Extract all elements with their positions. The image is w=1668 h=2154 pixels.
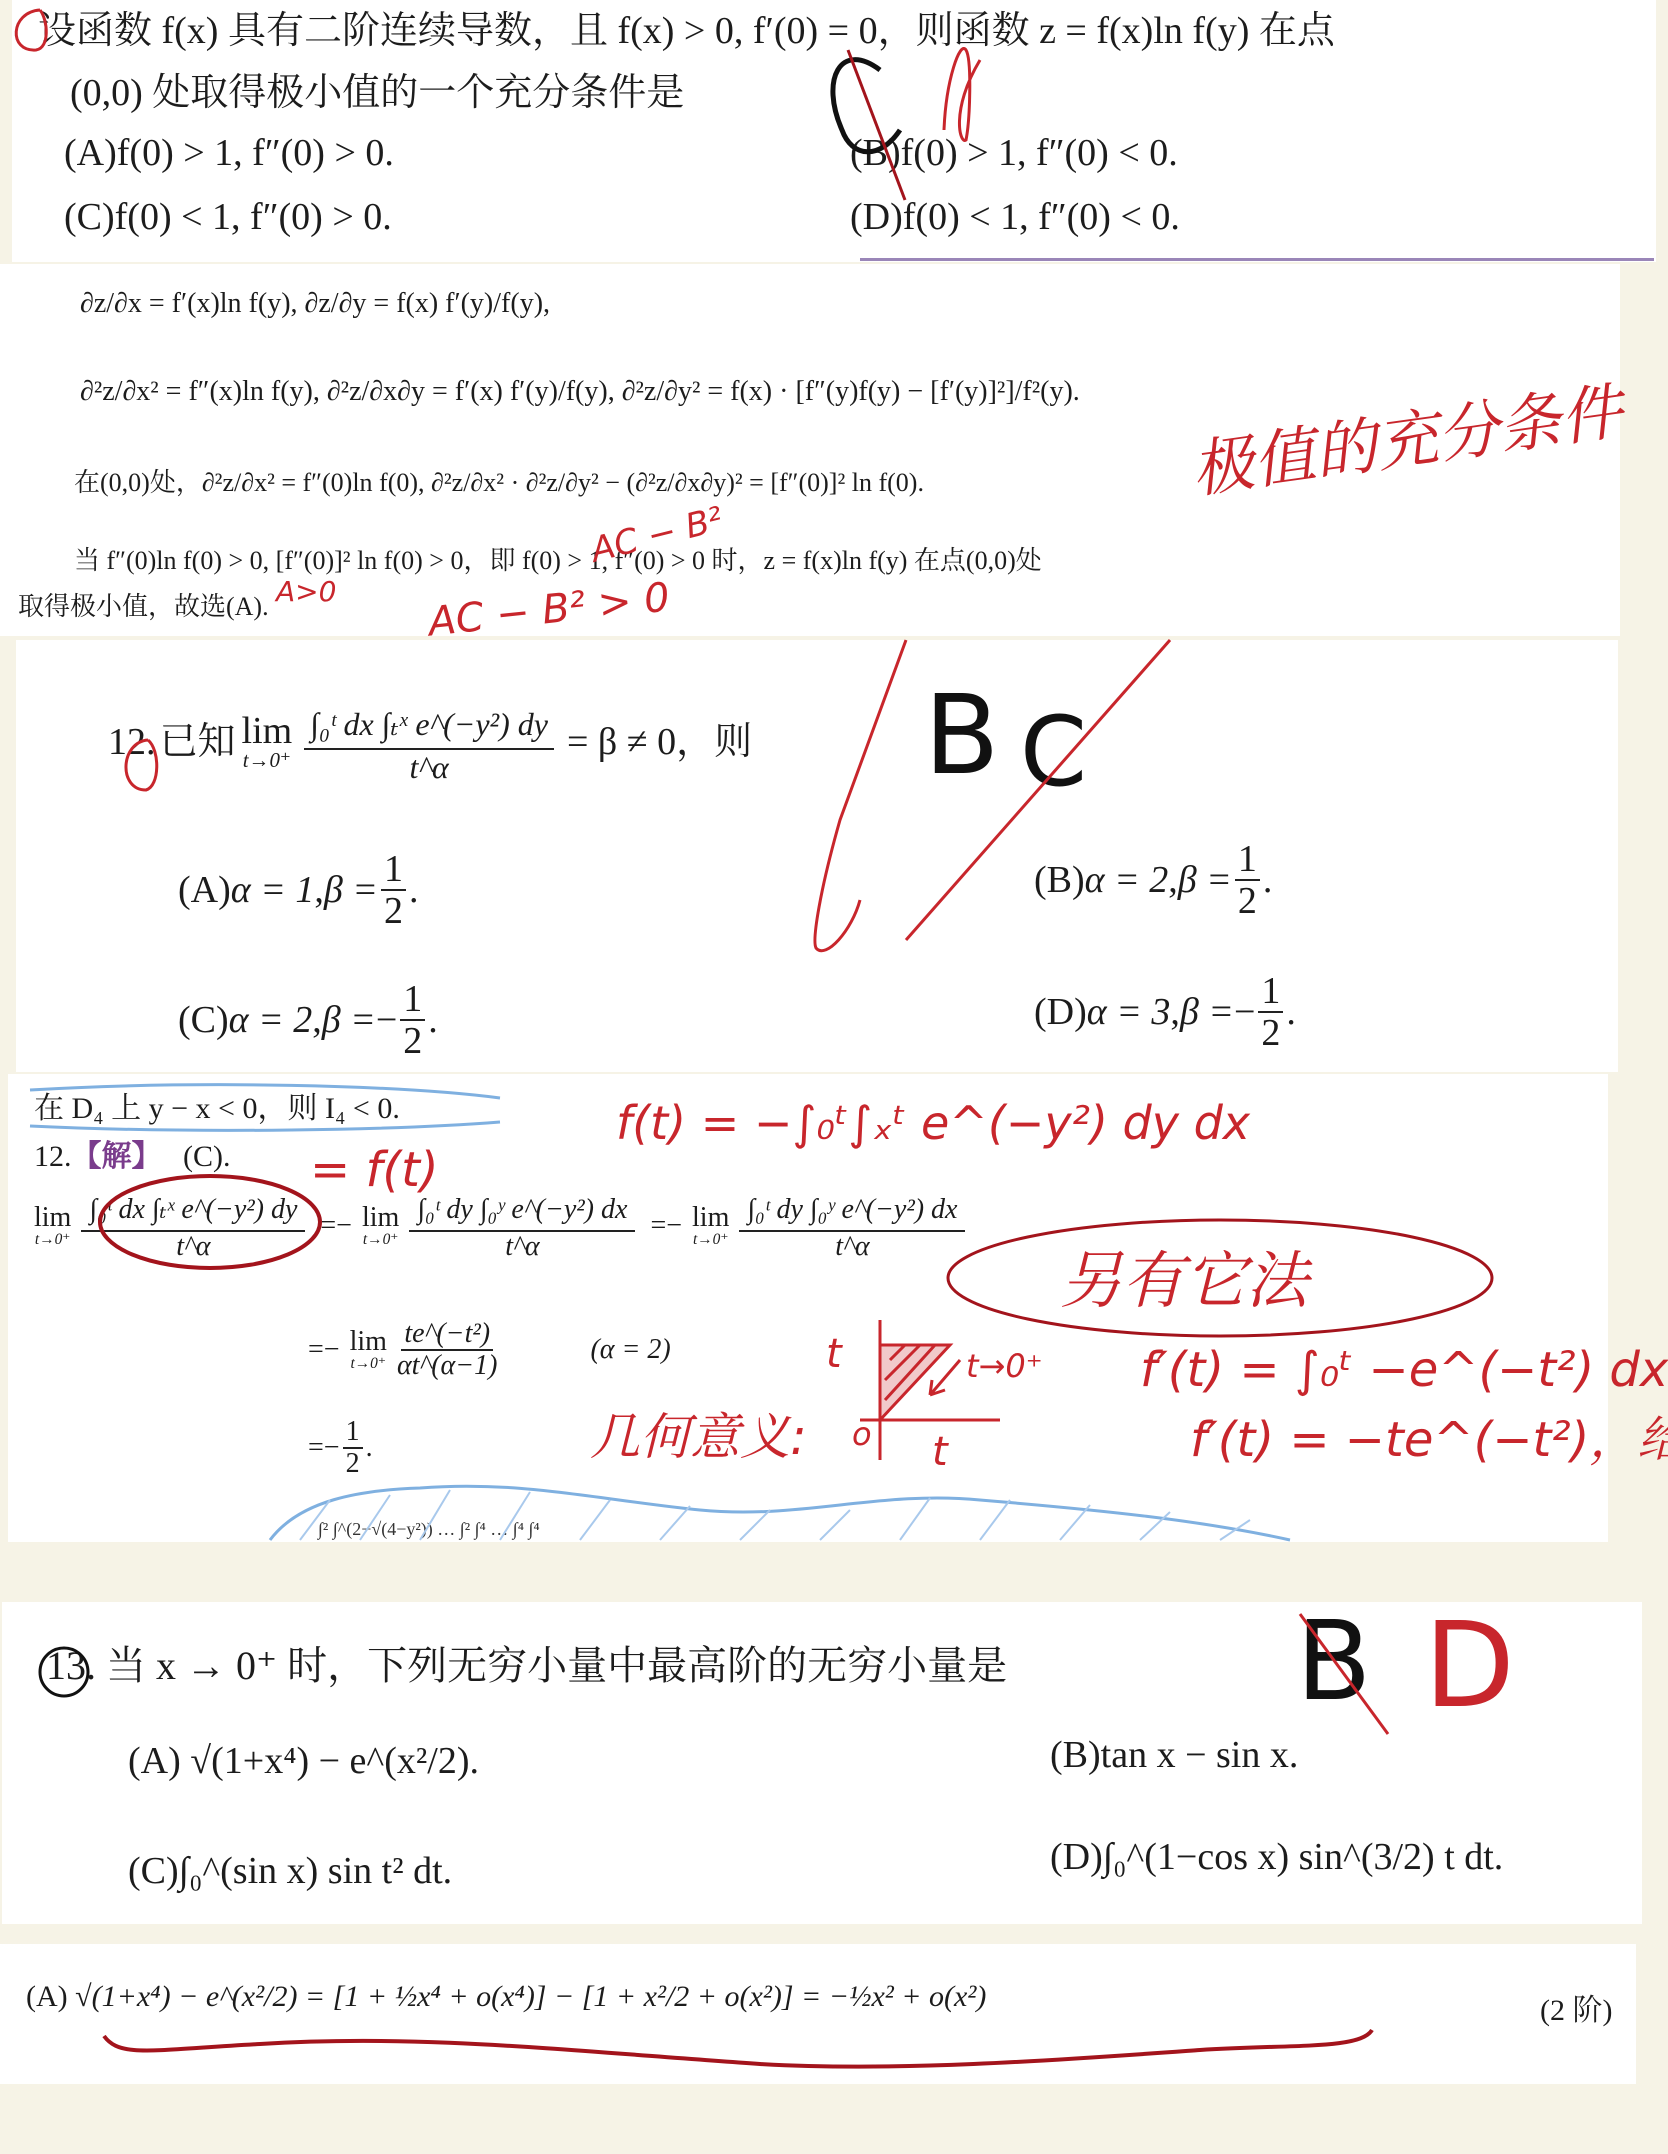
question-13-option-c: (C)f(0) < 1, f″(0) > 0. [64, 198, 392, 236]
solution-tag: 【解】 [72, 1140, 162, 1173]
handwritten-note-geometric-meaning: 几何意义: [590, 1412, 807, 1462]
question-12-option-b: (B)α = 2,β = 12. [1034, 840, 1272, 920]
handwritten-note-other-method: 另有它法 [1060, 1250, 1308, 1312]
diagram-label-t-horizontal: t [932, 1432, 948, 1472]
solution-12-header: 12.【解】 (C). [34, 1142, 231, 1172]
section-divider [860, 258, 1654, 261]
handwritten-answer-d-13b: D [1424, 1606, 1515, 1724]
handwritten-answer-c: C [1020, 704, 1087, 800]
solution-13b-panel [0, 1944, 1636, 2084]
handwritten-note-equals-ft: = f(t) [310, 1146, 439, 1194]
limit-operator: lim t→0⁺ [242, 712, 293, 771]
solution-12-result: =− 12. [308, 1418, 373, 1478]
solution-13b-expression: (A) √(1+x⁴) − e^(x²/2) = [1 + ½x⁴ + o(x⁴… [26, 1982, 986, 2012]
solution-13-line1: ∂z/∂x = f′(x)ln f(y), ∂z/∂y = f(x) f′(y)… [80, 290, 550, 318]
solution-13b-order: (2 阶) [1540, 1996, 1612, 2026]
handwritten-note-derivative-1: f′(t) = ∫₀ᵗ −e^(−t²) dx [1140, 1346, 1668, 1394]
solution-12-step1: limt→0⁺ ∫₀ᵗ dx ∫ₜˣ e^(−y²) dyt^α =− limt… [34, 1190, 968, 1261]
question-13-stem-line1: 设函数 f(x) 具有二阶连续导数，且 f(x) > 0, f′(0) = 0，… [38, 12, 1335, 50]
question-12-option-a: (A)α = 1,β = 12. [178, 850, 418, 930]
diagram-label-origin: o [852, 1418, 872, 1450]
handwritten-note-a-positive: A>0 [276, 578, 336, 606]
question-13b-stem: 13. 当 x → 0⁺ 时，下列无穷小量中最高阶的无穷小量是 [46, 1646, 1007, 1686]
solution-13-line2: ∂²z/∂x² = f″(x)ln f(y), ∂²z/∂x∂y = f′(x)… [80, 378, 1080, 406]
handwritten-note-ft-definition: f(t) = −∫₀ᵗ∫ₓᵗ e^(−y²) dy dx [616, 1100, 1250, 1146]
question-13b-option-c: (C)∫₀^(sin x) sin t² dt. [128, 1852, 452, 1890]
question-13b-option-a: (A) √(1+x⁴) − e^(x²/2). [128, 1742, 479, 1780]
solution-13-line5: 取得极小值，故选(A). [18, 594, 269, 620]
question-13-option-d: (D)f(0) < 1, f″(0) < 0. [850, 198, 1180, 236]
question-12-option-d: (D)α = 3,β =− 12. [1034, 972, 1296, 1052]
question-13-option-a: (A)f(0) > 1, f″(0) > 0. [64, 134, 394, 172]
solution-13-line4: 当 f″(0)ln f(0) > 0, [f″(0)]² ln f(0) > 0… [74, 548, 1042, 574]
question-12-fraction: ∫₀ᵗ dx ∫ₜˣ e^(−y²) dy t^α [304, 700, 554, 783]
handwritten-answer-b-13b: B [1296, 1606, 1371, 1716]
question-12-stem: 12. 已知 lim t→0⁺ ∫₀ᵗ dx ∫ₜˣ e^(−y²) dy t^… [108, 700, 752, 783]
question-13-stem-line2: (0,0) 处取得极小值的一个充分条件是 [70, 74, 684, 112]
solution-12-prev-line: 在 D₄ 上 y − x < 0，则 I₄ < 0. [34, 1094, 400, 1124]
diagram-label-arrow: t→0⁺ [966, 1350, 1043, 1382]
question-13-option-b: (B)f(0) > 1, f″(0) < 0. [850, 134, 1178, 172]
question-13b-option-d: (D)∫₀^(1−cos x) sin^(3/2) t dt. [1050, 1838, 1503, 1876]
handwritten-answer-b: B [924, 680, 999, 790]
cut-off-formula-line: ∫² ∫^(2−√(4−y²)) … ∫² ∫⁴ … ∫⁴ ∫⁴ [318, 1520, 540, 1538]
solution-12-step4: =− limt→0⁺ te^(−t²)αt^(α−1) (α = 2) [308, 1320, 671, 1380]
question-12-option-c: (C)α = 2,β =− 12. [178, 980, 438, 1060]
handwritten-note-derivative-2: f′(t) = −te^(−t²)，给！ [1190, 1416, 1668, 1464]
diagram-label-t-vertical: t [826, 1334, 842, 1374]
question-13b-option-b: (B)tan x − sin x. [1050, 1736, 1298, 1774]
question-12-number: 12 [108, 723, 146, 761]
solution-13-line3: 在(0,0)处，∂²z/∂x² = f″(0)ln f(0), ∂²z/∂x² … [74, 470, 924, 496]
